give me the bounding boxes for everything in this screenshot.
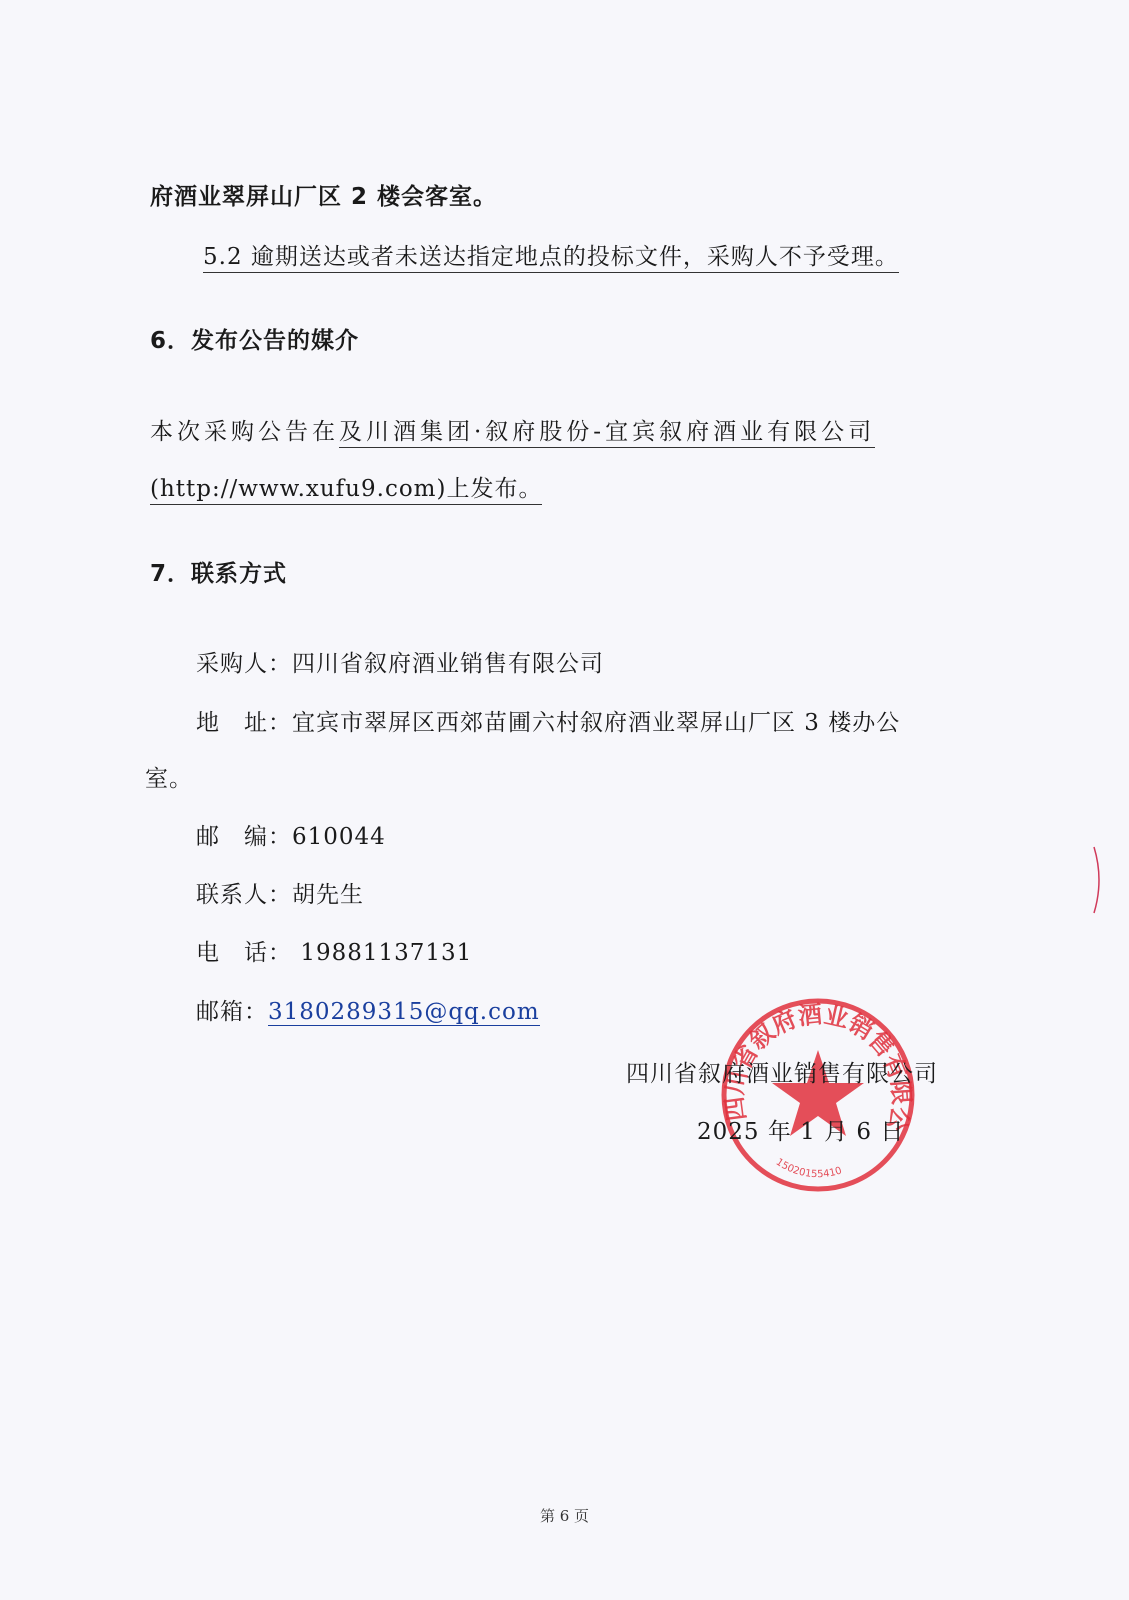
section-6-prefix: 本次采购公告在 <box>150 419 339 445</box>
svg-text:15020155410: 15020155410 <box>774 1157 843 1181</box>
postcode-row: 邮 编：610044 <box>196 818 386 851</box>
postcode-value: 610044 <box>292 824 386 850</box>
continuation-line: 府酒业翠屏山厂区 2 楼会客室。 <box>150 178 497 211</box>
clause-5-2: 5.2 逾期送达或者未送达指定地点的投标文件，采购人不予受理。 <box>203 238 899 271</box>
buyer-row: 采购人：四川省叙府酒业销售有限公司 <box>196 645 604 678</box>
page-number: 第 6 页 <box>0 1505 1129 1526</box>
section-6-text: 本次采购公告在及川酒集团·叙府股份-宜宾叙府酒业有限公司 <box>150 413 875 446</box>
address-row: 地 址：宜宾市翠屏区西郊苗圃六村叙府酒业翠屏山厂区 3 楼办公 <box>196 704 900 737</box>
contact-value: 胡先生 <box>292 882 364 908</box>
address-label: 地 址： <box>196 710 292 736</box>
section-7-heading: 7．联系方式 <box>150 555 287 588</box>
section-6-heading: 6．发布公告的媒介 <box>150 322 359 355</box>
document-page: 府酒业翠屏山厂区 2 楼会客室。 5.2 逾期送达或者未送达指定地点的投标文件，… <box>0 0 1129 1600</box>
phone-label: 电 话： <box>196 940 292 966</box>
address-value: 宜宾市翠屏区西郊苗圃六村叙府酒业翠屏山厂区 3 楼办公 <box>292 710 900 736</box>
address-cont: 室。 <box>145 760 193 793</box>
postcode-label: 邮 编： <box>196 824 292 850</box>
contact-row: 联系人：胡先生 <box>196 876 364 909</box>
signature-date: 2025 年 1 月 6 日 <box>697 1113 904 1146</box>
seal-edge-mark-icon <box>1092 845 1106 915</box>
phone-value: 19881137131 <box>300 940 472 966</box>
clause-5-2-text: 5.2 逾期送达或者未送达指定地点的投标文件，采购人不予受理。 <box>203 244 899 273</box>
email-label: 邮箱： <box>196 999 268 1025</box>
email-link[interactable]: 3180289315@qq.com <box>268 999 540 1026</box>
phone-row: 电 话： 19881137131 <box>196 934 472 967</box>
buyer-value: 四川省叙府酒业销售有限公司 <box>292 651 604 677</box>
company-seal-icon: 四川省叙府酒业销售有限公司 15020155410 <box>718 995 918 1195</box>
signature-company: 四川省叙府酒业销售有限公司 <box>626 1055 938 1088</box>
publisher-link[interactable]: 及川酒集团·叙府股份-宜宾叙府酒业有限公司 <box>339 419 875 448</box>
email-row: 邮箱：3180289315@qq.com <box>196 993 540 1026</box>
contact-label: 联系人： <box>196 882 292 908</box>
website-url[interactable]: (http://www.xufu9.com)上发布。 <box>150 476 542 505</box>
buyer-label: 采购人： <box>196 651 292 677</box>
section-6-text-line2: (http://www.xufu9.com)上发布。 <box>150 470 542 503</box>
seal-code: 15020155410 <box>774 1157 843 1181</box>
